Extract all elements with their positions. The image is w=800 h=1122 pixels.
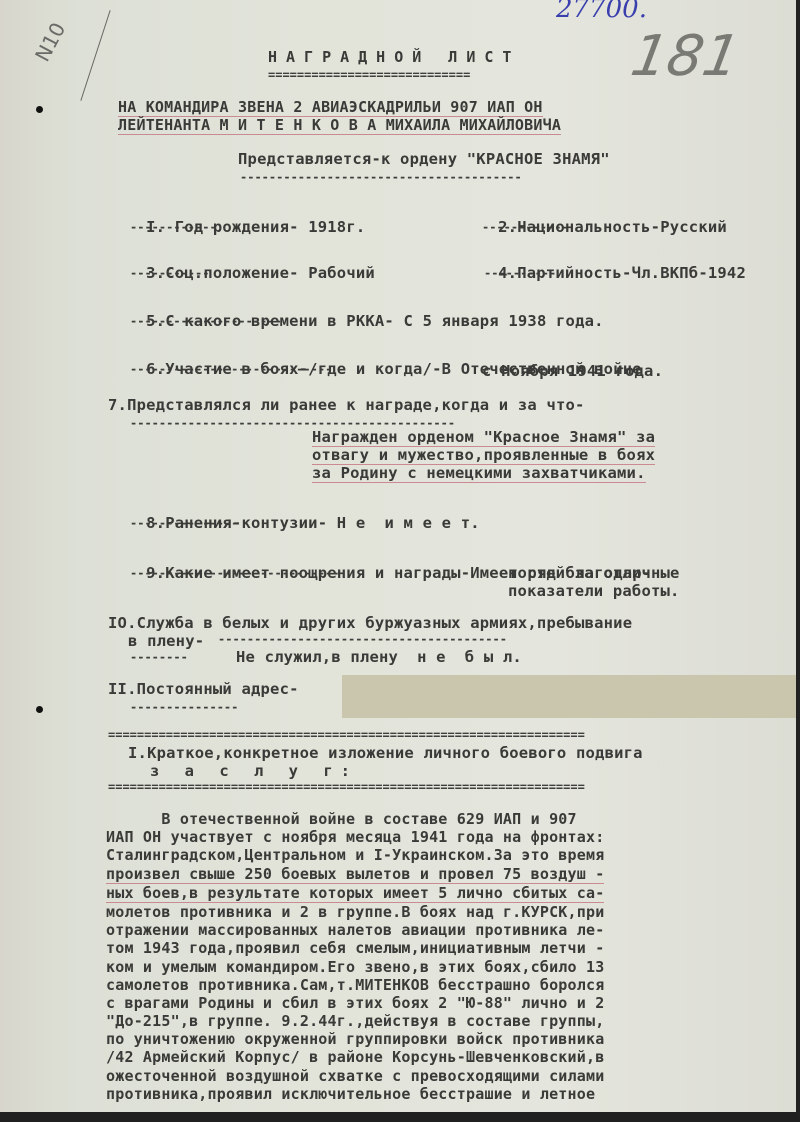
field-value: Не служил,в плену н е б ы л. xyxy=(236,648,522,666)
field-rule: --------------- xyxy=(130,516,238,530)
narrative-line: произвел свыше 250 боевых вылетов и пров… xyxy=(106,865,604,884)
field-value: Н е и м е е т. xyxy=(337,514,480,532)
pencil-corner-note: N10 xyxy=(30,19,70,66)
field-rule: ---------------------------------------- xyxy=(218,632,507,646)
field-rule: ---------------------------- xyxy=(130,362,332,376)
field-value: Рабочий xyxy=(308,264,375,282)
field-value: Русский xyxy=(660,218,727,236)
document-title: НАГРАДНОЙ ЛИСТ xyxy=(268,48,520,66)
narrative-line: Сталинградском,Центральном и I-Украинско… xyxy=(106,846,604,864)
field-foreign-service: IO.Служба в белых и других буржуазных ар… xyxy=(108,614,632,632)
narrative-line: /42 Армейский Корпус/ в районе Корсунь-Ш… xyxy=(106,1048,604,1066)
field-label-continued: в плену- xyxy=(128,632,204,650)
narrative-line: по уничтожению окруженной группировки во… xyxy=(106,1030,604,1048)
award-sheet-page: N10 27700. 181 НАГРАДНОЙ ЛИСТ ==========… xyxy=(0,0,800,1122)
field-rule: --------------------- xyxy=(130,314,282,328)
punch-hole-mark xyxy=(36,106,43,113)
field-value-continued: ностей за отличные xyxy=(508,564,680,582)
subject-line-1: НА КОМАНДИРА ЗВЕНА 2 АВИАЭСКАДРИЛЬИ 907 … xyxy=(118,98,543,117)
narrative-line: ных боев,в результате которых имеет 5 ли… xyxy=(106,884,604,903)
field-rule: ------------ xyxy=(482,220,569,234)
field-rule: ----------- xyxy=(130,266,209,280)
punch-hole-mark xyxy=(36,706,43,713)
narrative-body: В отечественной войне в составе 629 ИАП … xyxy=(106,810,604,1103)
pencil-slash-line xyxy=(80,10,110,101)
section-rule-top: ========================================… xyxy=(108,728,585,742)
handwritten-page-number: 181 xyxy=(626,24,744,89)
field-value: 1918г. xyxy=(308,218,365,236)
narrative-line: ком и умелым командиром.Его звено,в этих… xyxy=(106,958,604,976)
narrative-line: самолетов противника.Сам,т.МИТЕНКОВ бесс… xyxy=(106,976,604,994)
field-rule: -------- xyxy=(130,650,188,664)
narrative-line: с врагами Родины и сбил в этих боях 2 "Ю… xyxy=(106,994,604,1012)
field-value-line: за Родину с немецкими захватчиками. xyxy=(312,464,646,483)
section-heading-continued: з а с л у г: xyxy=(150,762,358,780)
field-permanent-address: II.Постоянный адрес- xyxy=(108,680,299,698)
field-rule: ------------ xyxy=(130,220,217,234)
narrative-line: В отечественной войне в составе 629 ИАП … xyxy=(106,810,604,828)
field-rule: ---------- xyxy=(484,266,556,280)
section-rule-bottom: ========================================… xyxy=(108,780,585,794)
nomination-rule: --------------------------------------- xyxy=(240,170,522,184)
narrative-line: "До-215",в группе. 9.2.44г.,действуя в с… xyxy=(106,1012,604,1030)
field-rule: ----------------------------- xyxy=(130,566,340,580)
field-previous-awards: 7.Представлялся ли ранее к награде,когда… xyxy=(108,396,585,414)
redacted-address-block xyxy=(342,675,796,718)
narrative-line: отражении массированных налетов авиации … xyxy=(106,921,604,939)
field-value-continued: показатели работы. xyxy=(508,582,680,600)
field-value-continued: с Ноября 1941 года. xyxy=(482,362,663,380)
handwritten-archive-number: 27700. xyxy=(556,0,647,24)
narrative-line: ИАП ОН участвует с ноября месяца 1941 го… xyxy=(106,828,604,846)
narrative-line: том 1943 года,проявил себя смелым,инициа… xyxy=(106,939,604,957)
subject-line-2: ЛЕЙТЕНАНТА М И Т Е Н К О В А МИХАИЛА МИХ… xyxy=(118,116,561,135)
title-rule: ============================ xyxy=(268,68,470,82)
field-value: С 5 января 1938 года. xyxy=(404,312,604,330)
field-rule: --------------- xyxy=(130,700,238,714)
nomination-line: Представляется-к ордену "КРАСНОЕ ЗНАМЯ" xyxy=(238,150,610,168)
field-value-line: Награжден орденом "Красное Знамя" за xyxy=(312,428,655,447)
narrative-line: противника,проявил исключительное бесстр… xyxy=(106,1085,604,1103)
section-heading: I.Краткое,конкретное изложение личного б… xyxy=(128,744,643,762)
narrative-line: ожесточенной воздушной схватке с превосх… xyxy=(106,1067,604,1085)
narrative-line: молетов противника и 2 в группе.В боях н… xyxy=(106,903,604,921)
field-value: Чл.ВКПб-1942 xyxy=(632,264,746,282)
field-value-line: отвагу и мужество,проявленные в боях xyxy=(312,446,655,465)
